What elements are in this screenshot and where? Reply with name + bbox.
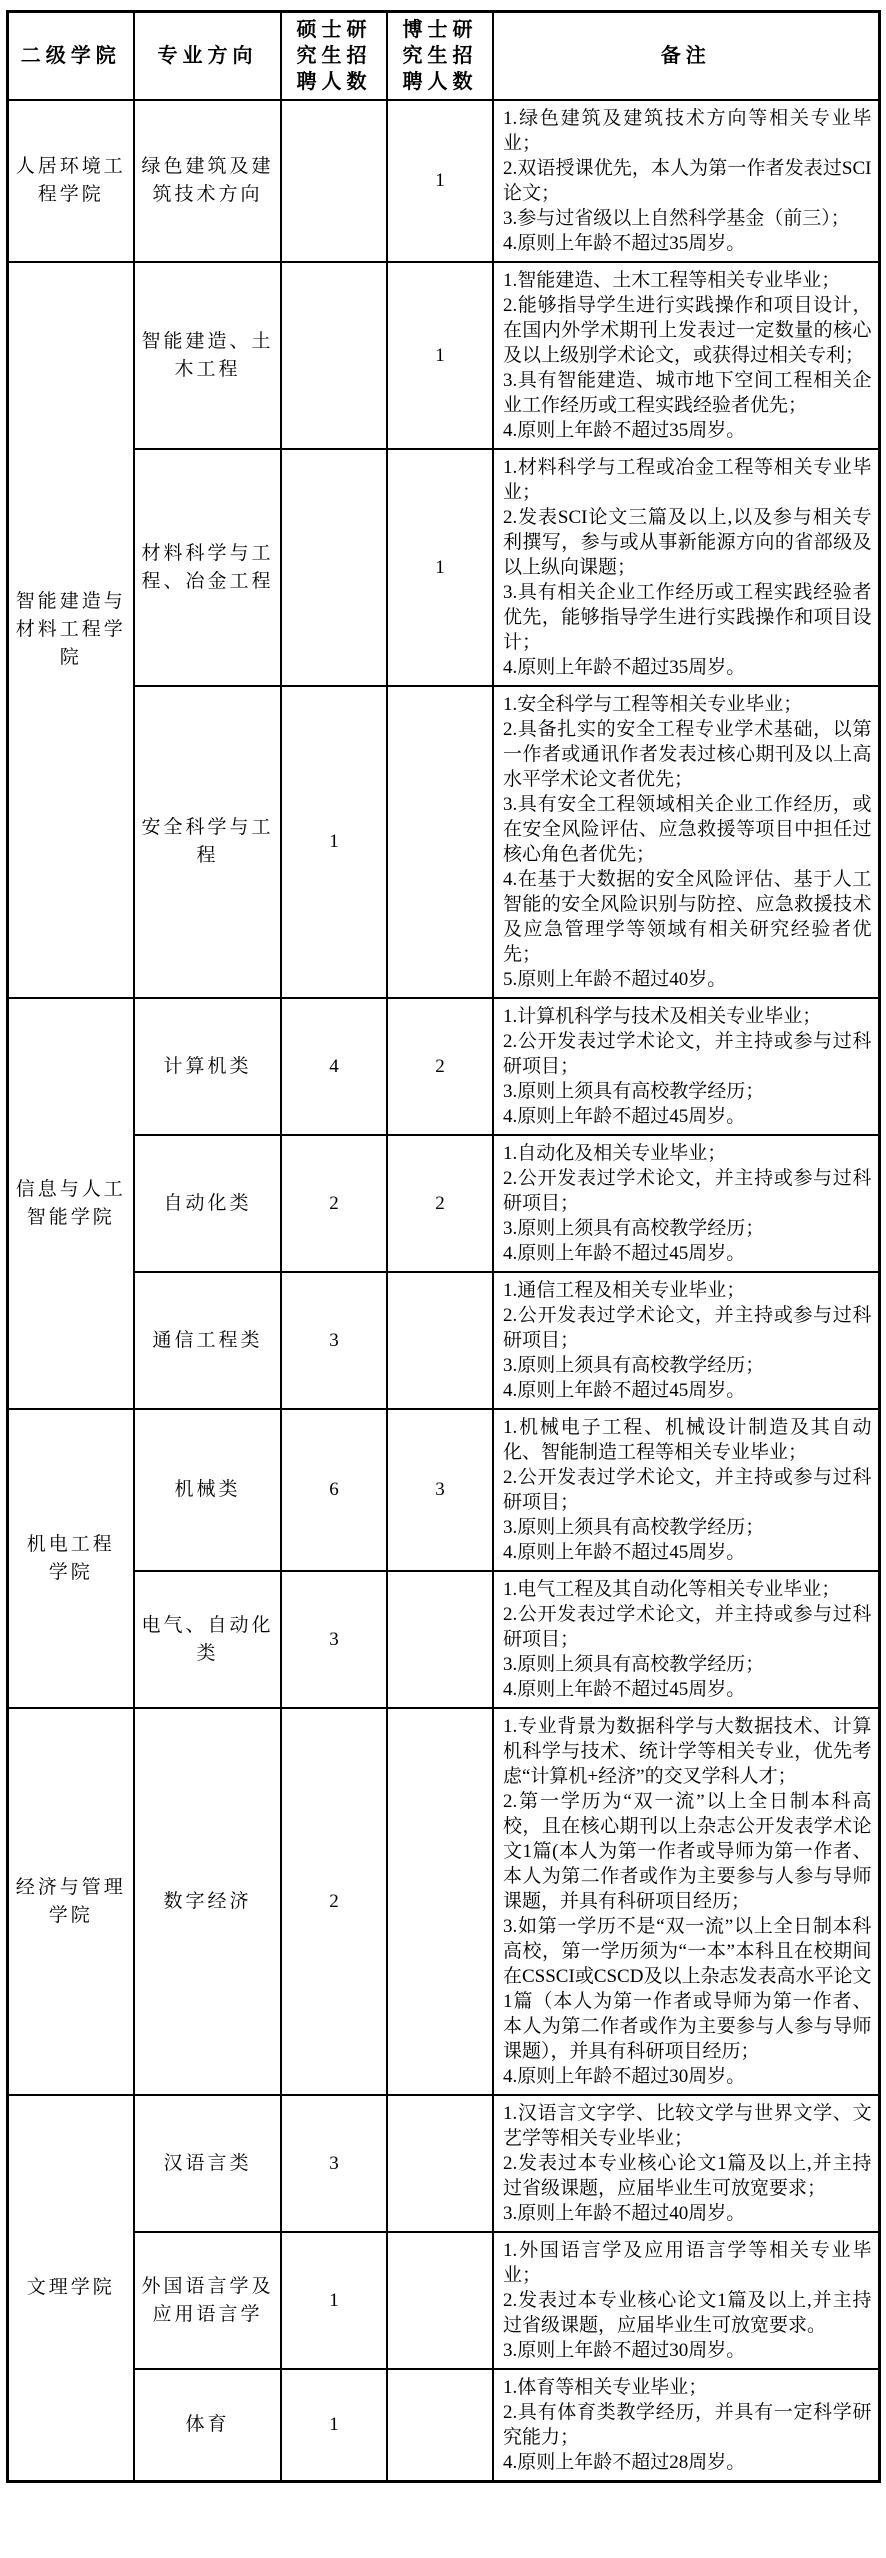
major-cell: 体育	[134, 2369, 281, 2482]
remark-item: 4.在基于大数据的安全风险评估、基于人工智能的安全风险识别与防控、应急救援技术及…	[503, 867, 872, 967]
remark-item: 2.发表过本专业核心论文1篇及以上,并主持过省级课题，应届毕业生可放宽要求。	[503, 2288, 872, 2338]
doctor-count-cell: 2	[387, 1135, 493, 1272]
remark-item: 2.第一学历为“双一流”以上全日制本科高校，且在核心期刊以上杂志公开发表学术论文…	[503, 1789, 872, 1914]
table-row: 自动化类221.自动化及相关专业毕业；2.公开发表过学术论文，并主持或参与过科研…	[7, 1135, 879, 1272]
remark-item: 2.公开发表过学术论文，并主持或参与过科研项目；	[503, 1602, 872, 1652]
master-count-cell: 1	[281, 2232, 387, 2369]
remarks-cell: 1.通信工程及相关专业毕业；2.公开发表过学术论文，并主持或参与过科研项目；3.…	[493, 1272, 879, 1409]
master-count-cell: 4	[281, 998, 387, 1135]
table-row: 外国语言学及 应用语言学11.外国语言学及应用语言学等相关专业毕业；2.发表过本…	[7, 2232, 879, 2369]
college-name-cell: 智能建造与 材料工程学 院	[7, 262, 134, 998]
doctor-count-cell: 2	[387, 998, 493, 1135]
table-row: 电气、自动化 类31.电气工程及其自动化等相关专业毕业；2.公开发表过学术论文，…	[7, 1571, 879, 1708]
remark-item: 3.如第一学历不是“双一流”以上全日制本科高校，第一学历须为“一本”本科且在校期…	[503, 1914, 872, 2064]
remark-item: 2.能够指导学生进行实践操作和项目设计，在国内外学术期刊上发表过一定数量的核心及…	[503, 293, 872, 368]
remark-item: 4.原则上年龄不超过35周岁。	[503, 231, 872, 256]
page: 二级学院 专业方向 硕士研 究生招 聘人数 博士研 究生招 聘人数 备注 人居环…	[0, 0, 886, 2493]
remark-item: 2.发表过本专业核心论文1篇及以上,并主持过省级课题，应届毕业生可放宽要求；	[503, 2151, 872, 2201]
doctor-count-cell	[387, 1272, 493, 1409]
doctor-count-cell	[387, 2095, 493, 2232]
remark-item: 2.具备扎实的安全工程专业学术基础，以第一作者或通讯作者发表过核心期刊及以上高水…	[503, 717, 872, 792]
remark-item: 3.参与过省级以上自然科学基金（前三）；	[503, 206, 872, 231]
master-count-cell	[281, 262, 387, 449]
remark-item: 3.原则上须具有高校教学经历；	[503, 1216, 872, 1241]
remarks-cell: 1.智能建造、土木工程等相关专业毕业；2.能够指导学生进行实践操作和项目设计，在…	[493, 262, 879, 449]
remark-item: 3.原则上年龄不超过40周岁。	[503, 2201, 872, 2226]
table-row: 体育11.体育等相关专业毕业；2.具有体育类教学经历，并具有一定科学研究能力；4…	[7, 2369, 879, 2482]
master-count-cell: 2	[281, 1135, 387, 1272]
header-row: 二级学院 专业方向 硕士研 究生招 聘人数 博士研 究生招 聘人数 备注	[7, 12, 879, 101]
doctor-count-cell: 3	[387, 1409, 493, 1571]
master-count-cell: 3	[281, 1571, 387, 1708]
remark-item: 3.原则上须具有高校教学经历；	[503, 1079, 872, 1104]
remarks-cell: 1.体育等相关专业毕业；2.具有体育类教学经历，并具有一定科学研究能力；4.原则…	[493, 2369, 879, 2482]
master-count-cell: 2	[281, 1708, 387, 2095]
major-cell: 机械类	[134, 1409, 281, 1571]
remark-item: 1.专业背景为数据科学与大数据技术、计算机科学与技术、统计学等相关专业，优先考虑…	[503, 1714, 872, 1789]
remark-item: 1.安全科学与工程等相关专业毕业；	[503, 692, 872, 717]
remark-item: 2.公开发表过学术论文，并主持或参与过科研项目；	[503, 1303, 872, 1353]
remark-item: 1.电气工程及其自动化等相关专业毕业；	[503, 1577, 872, 1602]
major-cell: 材料科学与工 程、冶金工程	[134, 449, 281, 686]
remark-item: 1.机械电子工程、机械设计制造及其自动化、智能制造工程等相关专业毕业；	[503, 1415, 872, 1465]
master-count-cell: 6	[281, 1409, 387, 1571]
doctor-count-cell	[387, 2369, 493, 2482]
remarks-cell: 1.机械电子工程、机械设计制造及其自动化、智能制造工程等相关专业毕业；2.公开发…	[493, 1409, 879, 1571]
remark-item: 3.原则上须具有高校教学经历；	[503, 1353, 872, 1378]
remark-item: 2.公开发表过学术论文，并主持或参与过科研项目；	[503, 1029, 872, 1079]
remark-item: 4.原则上年龄不超过45周岁。	[503, 1104, 872, 1129]
table-row: 机电工程 学院机械类631.机械电子工程、机械设计制造及其自动化、智能制造工程等…	[7, 1409, 879, 1571]
master-count-cell	[281, 449, 387, 686]
remark-item: 4.原则上年龄不超过30周岁。	[503, 2064, 872, 2089]
doctor-count-cell	[387, 1708, 493, 2095]
table-body: 人居环境工 程学院绿色建筑及建 筑技术方向11.绿色建筑及建筑技术方向等相关专业…	[7, 100, 879, 2482]
remark-item: 1.体育等相关专业毕业；	[503, 2375, 872, 2400]
doctor-count-cell	[387, 1571, 493, 1708]
table-row: 材料科学与工 程、冶金工程11.材料科学与工程或冶金工程等相关专业毕业；2.发表…	[7, 449, 879, 686]
master-count-cell	[281, 100, 387, 262]
major-cell: 电气、自动化 类	[134, 1571, 281, 1708]
remark-item: 2.公开发表过学术论文，并主持或参与过科研项目；	[503, 1166, 872, 1216]
college-name-cell: 经济与管理 学院	[7, 1708, 134, 2095]
remark-item: 3.原则上须具有高校教学经历；	[503, 1652, 872, 1677]
remark-item: 4.原则上年龄不超过45周岁。	[503, 1241, 872, 1266]
remarks-cell: 1.外国语言学及应用语言学等相关专业毕业；2.发表过本专业核心论文1篇及以上,并…	[493, 2232, 879, 2369]
doctor-count-cell: 1	[387, 100, 493, 262]
recruitment-table: 二级学院 专业方向 硕士研 究生招 聘人数 博士研 究生招 聘人数 备注 人居环…	[6, 10, 881, 2483]
major-cell: 汉语言类	[134, 2095, 281, 2232]
remarks-cell: 1.计算机科学与技术及相关专业毕业；2.公开发表过学术论文，并主持或参与过科研项…	[493, 998, 879, 1135]
major-cell: 外国语言学及 应用语言学	[134, 2232, 281, 2369]
table-row: 安全科学与工 程11.安全科学与工程等相关专业毕业；2.具备扎实的安全工程专业学…	[7, 686, 879, 998]
remark-item: 1.自动化及相关专业毕业；	[503, 1141, 872, 1166]
remark-item: 4.原则上年龄不超过35周岁。	[503, 655, 872, 680]
remark-item: 1.外国语言学及应用语言学等相关专业毕业；	[503, 2238, 872, 2288]
remarks-cell: 1.绿色建筑及建筑技术方向等相关专业毕业；2.双语授课优先，本人为第一作者发表过…	[493, 100, 879, 262]
college-name-cell: 机电工程 学院	[7, 1409, 134, 1708]
major-cell: 安全科学与工 程	[134, 686, 281, 998]
major-cell: 计算机类	[134, 998, 281, 1135]
doctor-count-cell: 1	[387, 449, 493, 686]
remark-item: 1.绿色建筑及建筑技术方向等相关专业毕业；	[503, 106, 872, 156]
remark-item: 3.具有安全工程领域相关企业工作经历，或在安全风险评估、应急救援等项目中担任过核…	[503, 792, 872, 867]
remark-item: 1.材料科学与工程或冶金工程等相关专业毕业；	[503, 455, 872, 505]
header-college: 二级学院	[7, 12, 134, 101]
remark-item: 2.发表SCI论文三篇及以上,以及参与相关专利撰写，参与或从事新能源方向的省部级…	[503, 505, 872, 580]
table-row: 智能建造与 材料工程学 院智能建造、土 木工程11.智能建造、土木工程等相关专业…	[7, 262, 879, 449]
major-cell: 通信工程类	[134, 1272, 281, 1409]
major-cell: 自动化类	[134, 1135, 281, 1272]
remark-item: 3.具有相关企业工作经历或工程实践经验者优先，能够指导学生进行实践操作和项目设计…	[503, 580, 872, 655]
remark-item: 2.公开发表过学术论文，并主持或参与过科研项目；	[503, 1465, 872, 1515]
remark-item: 3.原则上须具有高校教学经历；	[503, 1515, 872, 1540]
remark-item: 1.智能建造、土木工程等相关专业毕业；	[503, 268, 872, 293]
header-doctor-count: 博士研 究生招 聘人数	[387, 12, 493, 101]
remark-item: 4.原则上年龄不超过45周岁。	[503, 1378, 872, 1403]
table-row: 经济与管理 学院数字经济21.专业背景为数据科学与大数据技术、计算机科学与技术、…	[7, 1708, 879, 2095]
master-count-cell: 1	[281, 686, 387, 998]
remark-item: 2.双语授课优先，本人为第一作者发表过SCI论文；	[503, 156, 872, 206]
remarks-cell: 1.电气工程及其自动化等相关专业毕业；2.公开发表过学术论文，并主持或参与过科研…	[493, 1571, 879, 1708]
header-major: 专业方向	[134, 12, 281, 101]
header-remarks: 备注	[493, 12, 879, 101]
major-cell: 数字经济	[134, 1708, 281, 2095]
header-master-count: 硕士研 究生招 聘人数	[281, 12, 387, 101]
table-row: 文理学院汉语言类31.汉语言文字学、比较文学与世界文学、文艺学等相关专业毕业；2…	[7, 2095, 879, 2232]
remark-item: 1.汉语言文字学、比较文学与世界文学、文艺学等相关专业毕业；	[503, 2101, 872, 2151]
remarks-cell: 1.材料科学与工程或冶金工程等相关专业毕业；2.发表SCI论文三篇及以上,以及参…	[493, 449, 879, 686]
remark-item: 3.原则上年龄不超过30周岁。	[503, 2338, 872, 2363]
remark-item: 4.原则上年龄不超过28周岁。	[503, 2450, 872, 2475]
major-cell: 绿色建筑及建 筑技术方向	[134, 100, 281, 262]
table-row: 通信工程类31.通信工程及相关专业毕业；2.公开发表过学术论文，并主持或参与过科…	[7, 1272, 879, 1409]
remark-item: 5.原则上年龄不超过40岁。	[503, 967, 872, 992]
table-row: 人居环境工 程学院绿色建筑及建 筑技术方向11.绿色建筑及建筑技术方向等相关专业…	[7, 100, 879, 262]
doctor-count-cell	[387, 2232, 493, 2369]
college-name-cell: 人居环境工 程学院	[7, 100, 134, 262]
table-row: 信息与人工 智能学院计算机类421.计算机科学与技术及相关专业毕业；2.公开发表…	[7, 998, 879, 1135]
remark-item: 2.具有体育类教学经历，并具有一定科学研究能力；	[503, 2400, 872, 2450]
remark-item: 1.计算机科学与技术及相关专业毕业；	[503, 1004, 872, 1029]
master-count-cell: 3	[281, 2095, 387, 2232]
remark-item: 3.具有智能建造、城市地下空间工程相关企业工作经历或工程实践经验者优先；	[503, 368, 872, 418]
remark-item: 1.通信工程及相关专业毕业；	[503, 1278, 872, 1303]
master-count-cell: 1	[281, 2369, 387, 2482]
major-cell: 智能建造、土 木工程	[134, 262, 281, 449]
remarks-cell: 1.安全科学与工程等相关专业毕业；2.具备扎实的安全工程专业学术基础，以第一作者…	[493, 686, 879, 998]
remarks-cell: 1.自动化及相关专业毕业；2.公开发表过学术论文，并主持或参与过科研项目；3.原…	[493, 1135, 879, 1272]
doctor-count-cell: 1	[387, 262, 493, 449]
remark-item: 4.原则上年龄不超过45周岁。	[503, 1677, 872, 1702]
remarks-cell: 1.汉语言文字学、比较文学与世界文学、文艺学等相关专业毕业；2.发表过本专业核心…	[493, 2095, 879, 2232]
doctor-count-cell	[387, 686, 493, 998]
college-name-cell: 文理学院	[7, 2095, 134, 2482]
remarks-cell: 1.专业背景为数据科学与大数据技术、计算机科学与技术、统计学等相关专业，优先考虑…	[493, 1708, 879, 2095]
remark-item: 4.原则上年龄不超过45周岁。	[503, 1540, 872, 1565]
table-header: 二级学院 专业方向 硕士研 究生招 聘人数 博士研 究生招 聘人数 备注	[7, 12, 879, 101]
master-count-cell: 3	[281, 1272, 387, 1409]
remark-item: 4.原则上年龄不超过35周岁。	[503, 418, 872, 443]
college-name-cell: 信息与人工 智能学院	[7, 998, 134, 1409]
